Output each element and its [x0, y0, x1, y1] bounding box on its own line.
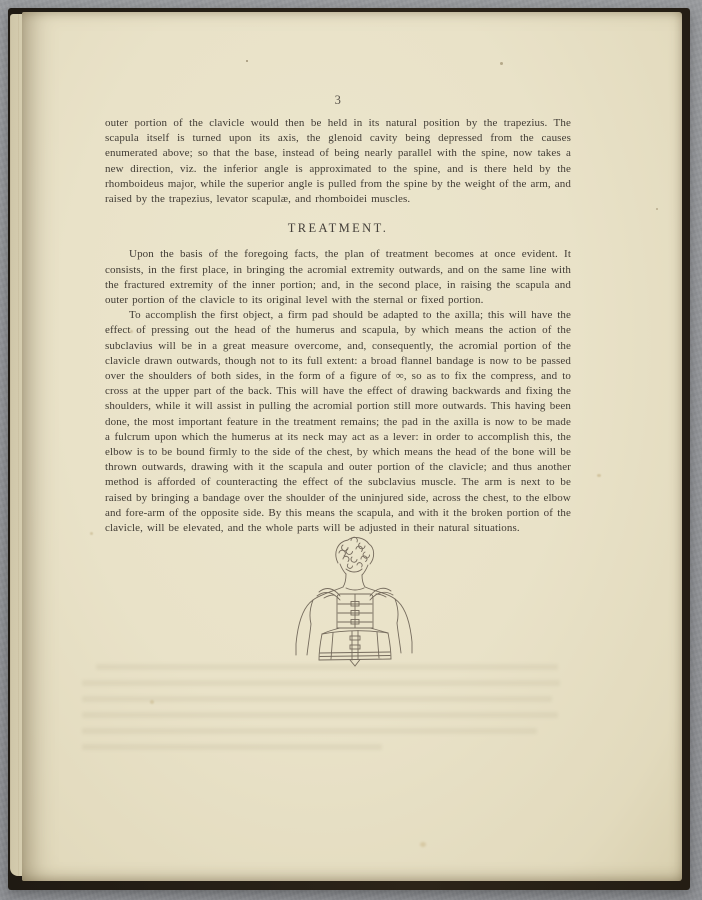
- foxing-spot: [656, 208, 658, 210]
- page-number: 3: [105, 93, 571, 108]
- foxing-spot: [130, 330, 133, 333]
- paragraph-continuation: outer portion of the clavicle would then…: [105, 116, 571, 207]
- foxing-spot: [597, 474, 601, 477]
- foxing-spot: [90, 532, 93, 535]
- photograph-of-open-book: 3 outer portion of the clavicle would th…: [0, 0, 702, 900]
- foxing-spot: [500, 62, 503, 65]
- text-block: outer portion of the clavicle would then…: [105, 116, 571, 536]
- foxing-spot: [246, 60, 248, 62]
- bandage-apparatus-illustration: [288, 536, 423, 668]
- paragraph-3: To accomplish the first object, a firm p…: [105, 308, 571, 536]
- section-heading-treatment: TREATMENT.: [105, 221, 571, 236]
- paragraph-2: Upon the basis of the foregoing facts, t…: [105, 247, 571, 308]
- foxing-spot: [420, 842, 426, 847]
- verso-showthrough: [82, 652, 582, 802]
- book-page: 3 outer portion of the clavicle would th…: [22, 12, 682, 881]
- foxing-spot: [150, 700, 154, 704]
